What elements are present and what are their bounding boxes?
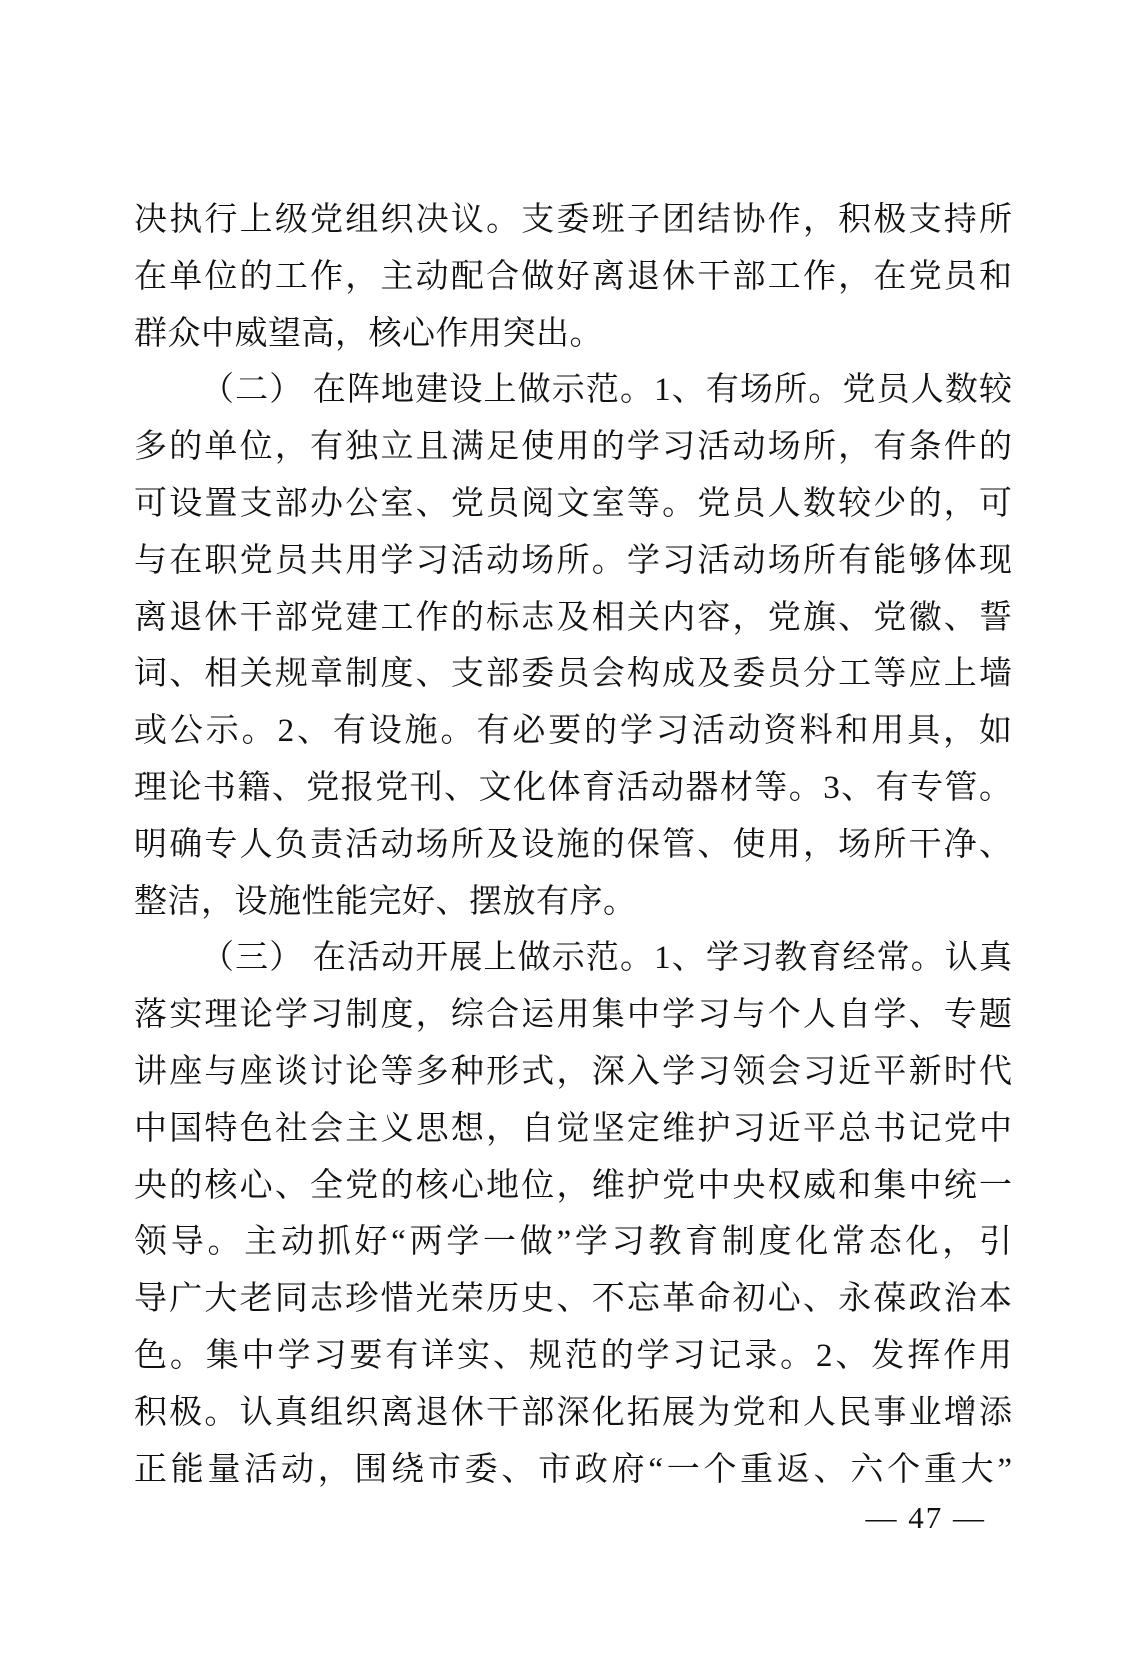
text-line: 导广大老同志珍惜光荣历史、不忘革命初心、永葆政治本	[134, 1271, 1012, 1328]
text-line: 词、相关规章制度、支部委员会构成及委员分工等应上墙	[134, 646, 1012, 703]
body-text: 决执行上级党组织决议。支委班子团结协作，积极支持所在单位的工作，主动配合做好离退…	[134, 192, 1012, 1498]
text-line: 离退休干部党建工作的标志及相关内容，党旗、党徽、誓	[134, 590, 1012, 647]
text-line: 多的单位，有独立且满足使用的学习活动场所，有条件的	[134, 419, 1012, 476]
text-line: 正能量活动，围绕市委、市政府“一个重返、六个重大”	[134, 1442, 1012, 1499]
text-line: 群众中威望高，核心作用突出。	[134, 306, 1012, 363]
text-line: 明确专人负责活动场所及设施的保管、使用，场所干净、	[134, 817, 1012, 874]
text-line: 央的核心、全党的核心地位，维护党中央权威和集中统一	[134, 1158, 1012, 1215]
text-line: 色。集中学习要有详实、规范的学习记录。2、发挥作用	[134, 1328, 1012, 1385]
text-line: （三） 在活动开展上做示范。1、学习教育经常。认真	[134, 930, 1012, 987]
document-page: 决执行上级党组织决议。支委班子团结协作，积极支持所在单位的工作，主动配合做好离退…	[0, 0, 1142, 1654]
text-line: 可设置支部办公室、党员阅文室等。党员人数较少的，可	[134, 476, 1012, 533]
text-line: 落实理论学习制度，综合运用集中学习与个人自学、专题	[134, 987, 1012, 1044]
text-line: 或公示。2、有设施。有必要的学习活动资料和用具，如	[134, 703, 1012, 760]
text-line: 讲座与座谈讨论等多种形式，深入学习领会习近平新时代	[134, 1044, 1012, 1101]
page-number: — 47 —	[866, 1498, 987, 1538]
text-line: 决执行上级党组织决议。支委班子团结协作，积极支持所	[134, 192, 1012, 249]
text-line: 积极。认真组织离退休干部深化拓展为党和人民事业增添	[134, 1385, 1012, 1442]
text-line: 中国特色社会主义思想，自觉坚定维护习近平总书记党中	[134, 1101, 1012, 1158]
text-line: 与在职党员共用学习活动场所。学习活动场所有能够体现	[134, 533, 1012, 590]
text-line: 理论书籍、党报党刊、文化体育活动器材等。3、有专管。	[134, 760, 1012, 817]
text-line: 整洁，设施性能完好、摆放有序。	[134, 874, 1012, 931]
text-line: 在单位的工作，主动配合做好离退休干部工作，在党员和	[134, 249, 1012, 306]
text-line: 领导。主动抓好“两学一做”学习教育制度化常态化，引	[134, 1214, 1012, 1271]
text-line: （二） 在阵地建设上做示范。1、有场所。党员人数较	[134, 362, 1012, 419]
